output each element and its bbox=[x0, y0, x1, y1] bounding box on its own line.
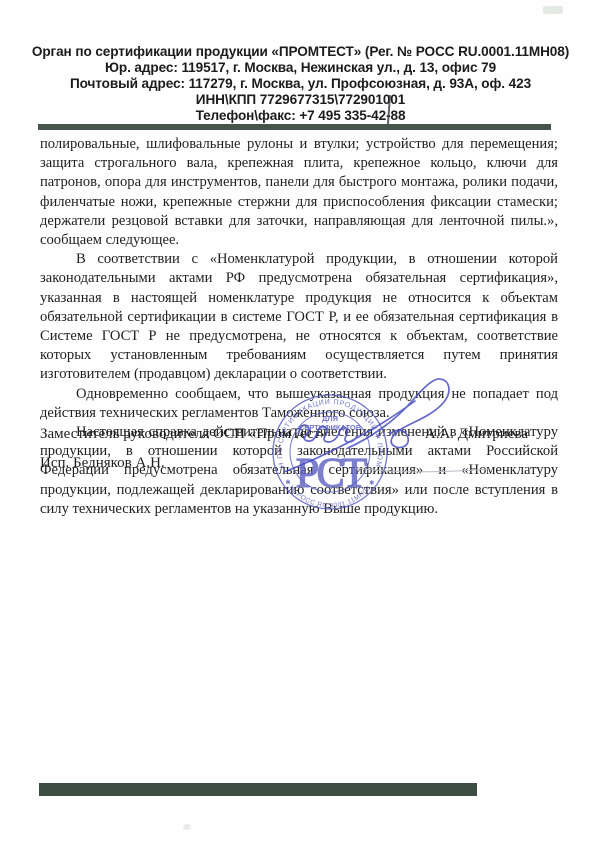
stamp-rst-logo: РСТ bbox=[296, 451, 367, 497]
stamp-center-line1: ДЛЯ bbox=[322, 414, 338, 423]
letterhead-org-line: Орган по сертификации продукции «ПРОМТЕС… bbox=[0, 44, 601, 60]
document-page: Орган по сертификации продукции «ПРОМТЕС… bbox=[0, 0, 601, 850]
letterhead-inn-kpp: ИНН\КПП 7729677315\772901001 bbox=[0, 92, 601, 108]
letterhead-postal-address: Почтовый адрес: 117279, г. Москва, ул. П… bbox=[0, 76, 601, 92]
scan-artifact-bottom bbox=[183, 824, 191, 830]
letterhead-legal-address: Юр. адрес: 119517, г. Москва, Нежинская … bbox=[0, 60, 601, 76]
letterhead-phone: Телефон\факс: +7 495 335-42-88 bbox=[0, 108, 601, 124]
header-divider-bar bbox=[38, 124, 551, 130]
scan-artifact-top-right bbox=[543, 6, 563, 15]
footer-bar bbox=[39, 783, 477, 796]
certification-stamp: ОРГАН ПО СЕРТИФИКАЦИИ ПРОДУКЦИИ ✱ ПРОМТЕ… bbox=[240, 366, 500, 526]
executor-line: Исп. Бедняков А.Н. bbox=[40, 455, 165, 472]
letterhead: Орган по сертификации продукции «ПРОМТЕС… bbox=[0, 44, 601, 124]
faint-pen-line bbox=[355, 468, 490, 472]
paragraph-product-list: полировальные, шлифовальные рулоны и вту… bbox=[40, 135, 558, 250]
paragraph-gost-certification: В соответствии с «Номенклатурой продукци… bbox=[40, 250, 558, 384]
